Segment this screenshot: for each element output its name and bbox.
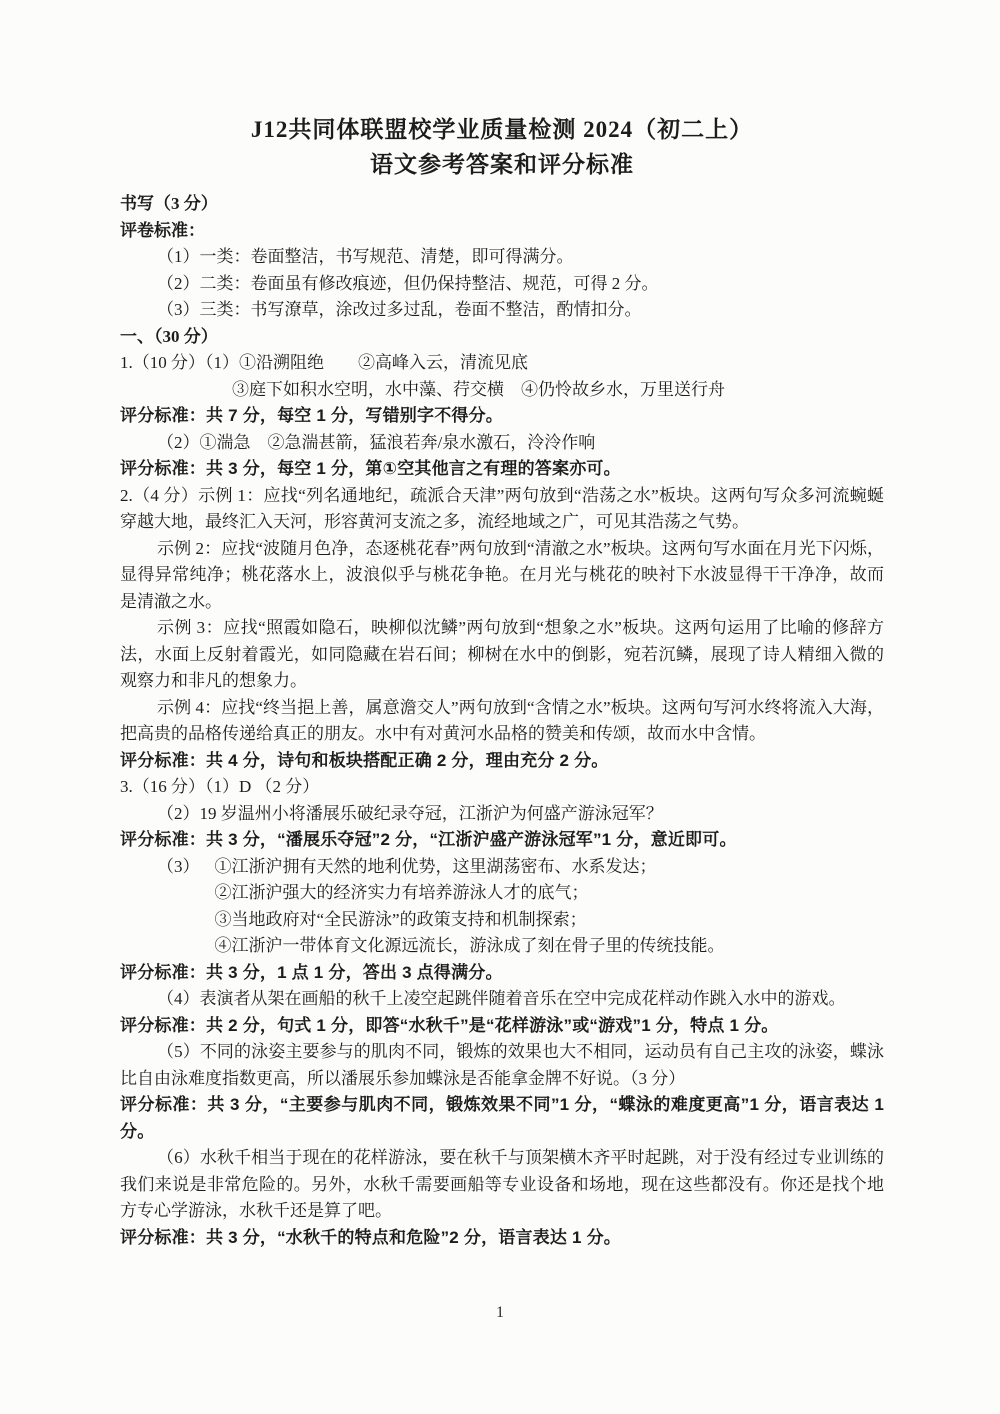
page-number: 1 <box>0 1304 1000 1322</box>
q3-part6: （6）水秋千相当于现在的花样游泳，要在秋千与顶架横木齐平时起跳，对于没有经过专业… <box>120 1145 884 1225</box>
q3-part3-items: ①江浙沪拥有天然的地利优势，这里湖荡密布、水系发达； ②江浙沪强大的经济实力有培… <box>215 854 885 960</box>
handwriting-heading: 书写（3 分） <box>120 191 884 218</box>
q3-part3-item-2: ②江浙沪强大的经济实力有培养游泳人才的底气； <box>215 880 885 907</box>
q3-part5: （5）不同的泳姿主要参与的肌肉不同，锻炼的效果也大不相同，运动员有自己主攻的泳姿… <box>120 1039 884 1092</box>
q3-part2: （2）19 岁温州小将潘展乐破纪录夺冠，江浙沪为何盛产游泳冠军？ <box>120 801 884 828</box>
q3-scoring-6: 评分标准：共 3 分，“水秋千的特点和危险”2 分，语言表达 1 分。 <box>120 1225 884 1252</box>
q3-part3-item-4: ④江浙沪一带体育文化源远流长，游泳成了刻在骨子里的传统技能。 <box>215 933 885 960</box>
q2-example-1: 2.（4 分）示例 1：应找“列名通地纪，疏派合天津”两句放到“浩荡之水”板块。… <box>120 483 884 536</box>
q3-scoring-4: 评分标准：共 2 分，句式 1 分，即答“水秋千”是“花样游泳”或“游戏”1 分… <box>120 1013 884 1040</box>
q1-line1: 1.（10 分）（1）①沿溯阻绝 ②高峰入云，清流见底 <box>120 350 884 377</box>
q2-scoring: 评分标准：共 4 分，诗句和板块搭配正确 2 分，理由充分 2 分。 <box>120 748 884 775</box>
handwriting-item-1: （1）一类：卷面整洁，书写规范、清楚，即可得满分。 <box>120 244 884 271</box>
document-subtitle: 语文参考答案和评分标准 <box>120 148 884 182</box>
section1-heading: 一、（30 分） <box>120 324 884 351</box>
q3-part3-label: （3） <box>120 854 200 960</box>
q1-scoring-2: 评分标准：共 3 分，每空 1 分，第①空其他言之有理的答案亦可。 <box>120 456 884 483</box>
handwriting-item-3: （3）三类：书写潦草，涂改过多过乱，卷面不整洁，酌情扣分。 <box>120 297 884 324</box>
q3-scoring-2: 评分标准：共 3 分，“潘展乐夺冠”2 分，“江浙沪盛产游泳冠军”1 分，意近即… <box>120 827 884 854</box>
document-title: J12共同体联盟校学业质量检测 2024（初二上） <box>120 112 884 148</box>
q3-scoring-3: 评分标准：共 3 分，1 点 1 分，答出 3 点得满分。 <box>120 960 884 987</box>
q3-part3-item-3: ③当地政府对“全民游泳”的政策支持和机制探索； <box>215 907 885 934</box>
q3-part4: （4）表演者从架在画船的秋千上凌空起跳伴随着音乐在空中完成花样动作跳入水中的游戏… <box>120 986 884 1013</box>
q3-part1: 3.（16 分）（1）D （2 分） <box>120 774 884 801</box>
q2-example-4: 示例 4：应找“终当挹上善，属意澹交人”两句放到“含情之水”板块。这两句写河水终… <box>120 695 884 748</box>
handwriting-criteria-label: 评卷标准： <box>120 218 884 245</box>
q1-line2: ③庭下如积水空明，水中藻、荇交横 ④仍怜故乡水，万里送行舟 <box>120 377 884 404</box>
q3-part3-item-1: ①江浙沪拥有天然的地利优势，这里湖荡密布、水系发达； <box>215 854 885 881</box>
q3-part3: （3） ①江浙沪拥有天然的地利优势，这里湖荡密布、水系发达； ②江浙沪强大的经济… <box>120 854 884 960</box>
document-page: J12共同体联盟校学业质量检测 2024（初二上） 语文参考答案和评分标准 书写… <box>0 0 1000 1414</box>
q1-part2: （2）①湍急 ②急湍甚箭，猛浪若奔/泉水激石，泠泠作响 <box>120 430 884 457</box>
q2-example-2: 示例 2：应找“波随月色净，态逐桃花春”两句放到“清澈之水”板块。这两句写水面在… <box>120 536 884 616</box>
q2-example-3: 示例 3：应找“照霞如隐石，映柳似沈鳞”两句放到“想象之水”板块。这两句运用了比… <box>120 615 884 695</box>
q3-scoring-5: 评分标准：共 3 分，“主要参与肌肉不同，锻炼效果不同”1 分，“蝶泳的难度更高… <box>120 1092 884 1145</box>
q1-scoring-1: 评分标准：共 7 分，每空 1 分，写错别字不得分。 <box>120 403 884 430</box>
handwriting-item-2: （2）二类：卷面虽有修改痕迹，但仍保持整洁、规范，可得 2 分。 <box>120 271 884 298</box>
